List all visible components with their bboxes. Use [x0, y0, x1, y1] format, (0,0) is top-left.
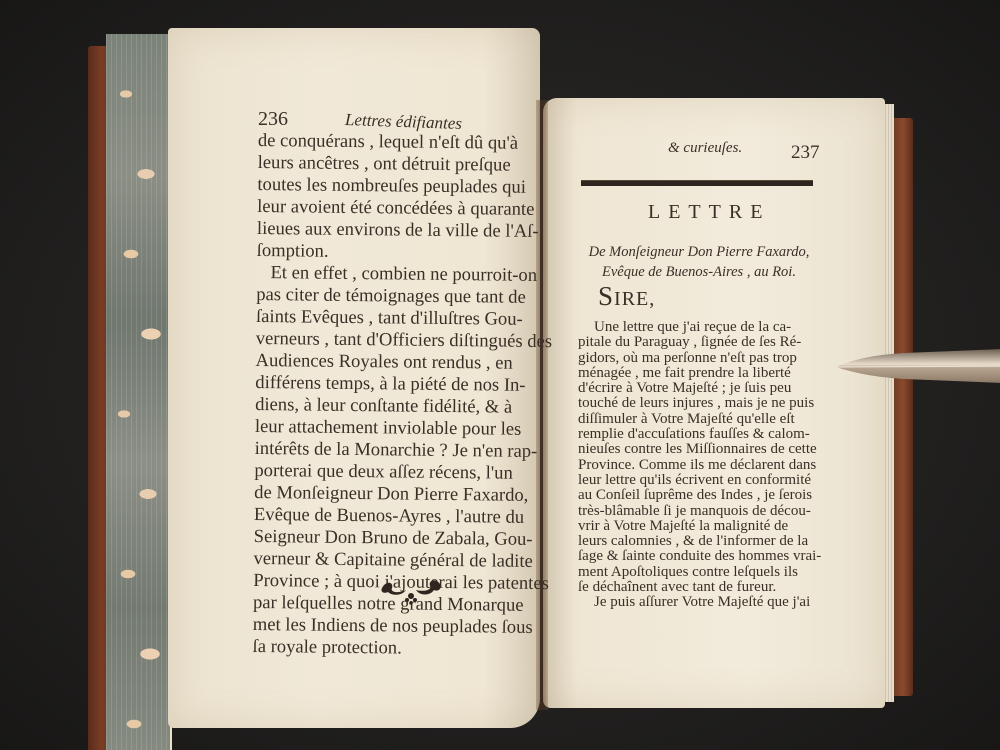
text-line: au Conſeil ſuprême des Indes , je ſerois — [578, 488, 826, 503]
text-line: remplie d'accuſations fauſſes & calom- — [578, 427, 826, 442]
letter-title: LETTRE — [648, 201, 770, 224]
salutation: SIRE, — [598, 281, 655, 312]
text-line: d'écrire à Votre Majeſté ; je ſuis peu — [578, 381, 826, 396]
text-line: vrir à Votre Majeſté la malignité de — [578, 519, 826, 534]
text-line: Je puis aſſurer Votre Majeſté que j'ai — [578, 595, 826, 610]
text-line: très-blâmable ſi je manquois de décou- — [578, 504, 826, 519]
text-line: Province. Comme ils me déclarent dans — [578, 458, 826, 473]
right-page-number: 237 — [791, 142, 820, 164]
text-line: Audiences Royales ont rendus , en — [255, 350, 537, 375]
subtitle-line: Evêque de Buenos-Aires , au Roi. — [584, 262, 814, 282]
decorative-rule — [581, 180, 813, 186]
salutation-initial: S — [598, 281, 614, 311]
text-line: verneur & Capitaine général de ladite — [253, 548, 535, 573]
text-line: de Monſeigneur Don Pierre Faxardo, — [254, 482, 536, 507]
text-line: gidors, où ma perſonne n'eſt pas trop — [578, 351, 826, 366]
text-line: toutes les nombreuſes peuplades qui — [257, 174, 539, 199]
text-line: leur attachement inviolable pour les — [255, 416, 537, 441]
fleuron-ornament-icon — [378, 576, 444, 606]
text-line: ſe déchaînent avec tant de fureur. — [578, 580, 826, 595]
text-line: ménagée , me fait prendre la liberté — [578, 366, 826, 381]
text-line: diens, à leur conſtante fidélité, & à — [255, 394, 537, 419]
salutation-rest: IRE, — [614, 288, 655, 310]
left-page-number: 236 — [258, 108, 288, 131]
book-photo: 236 Lettres édifiantes de conquérans , l… — [0, 0, 1000, 750]
text-line: porterai que deux aſſez récens, l'un — [254, 460, 536, 485]
text-line: ment Apoſtoliques contre leſquels ils — [578, 565, 826, 580]
marbled-page-edges — [106, 34, 172, 750]
subtitle-line: De Monſeigneur Don Pierre Faxardo, — [584, 242, 814, 262]
text-line: ſomption. — [257, 240, 539, 265]
text-line: Et en effet , combien ne pourroit-on — [256, 262, 538, 287]
text-line: verneurs , tant d'Officiers diſtingués d… — [256, 328, 538, 353]
right-page-body: Une lettre que j'ai reçue de la ca- pita… — [578, 320, 826, 611]
letter-opener-icon — [834, 347, 1000, 385]
text-line: nieuſes contre les Miſſionnaires de cett… — [578, 442, 826, 457]
text-line: Evêque de Buenos-Ayres , l'autre du — [254, 504, 536, 529]
text-line: leur lettre qu'ils écrivent en conformit… — [578, 473, 826, 488]
text-line: lieues aux environs de la ville de l'Aſ- — [257, 218, 539, 243]
right-running-head: & curieuſes. — [668, 140, 742, 157]
text-line: Une lettre que j'ai reçue de la ca- — [578, 320, 826, 335]
text-line: Seigneur Don Bruno de Zabala, Gou- — [254, 526, 536, 551]
text-line: différens temps, à la piété de nos In- — [255, 372, 537, 397]
text-line: ſa royale protection. — [252, 636, 534, 661]
text-line: intérêts de la Monarchie ? Je n'en rap- — [255, 438, 537, 463]
letter-subtitle: De Monſeigneur Don Pierre Faxardo, Evêqu… — [584, 242, 814, 282]
text-line: pitale du Paraguay , ſignée de ſes Ré- — [578, 335, 826, 350]
text-line: diſſimuler à Votre Majeſté qu'elle eſt — [578, 412, 826, 427]
text-line: leurs ancêtres , ont détruit preſque — [258, 152, 540, 177]
text-line: touché de leurs injures , mais je ne pui… — [578, 396, 826, 411]
text-line: pas citer de témoignages que tant de — [256, 284, 538, 309]
text-line: ſaints Evêques , tant d'illuſtres Gou- — [256, 306, 538, 331]
text-line: leurs calomnies , & de l'informer de la — [578, 534, 826, 549]
text-line: met les Indiens de nos peuplades ſous — [253, 614, 535, 639]
text-line: leur avoient été concédées à quarante — [257, 196, 539, 221]
right-leather-cover — [893, 118, 913, 696]
text-line: de conquérans , lequel n'eſt dû qu'à — [258, 130, 540, 155]
text-line: ſage & ſainte conduite des hommes vrai- — [578, 549, 826, 564]
